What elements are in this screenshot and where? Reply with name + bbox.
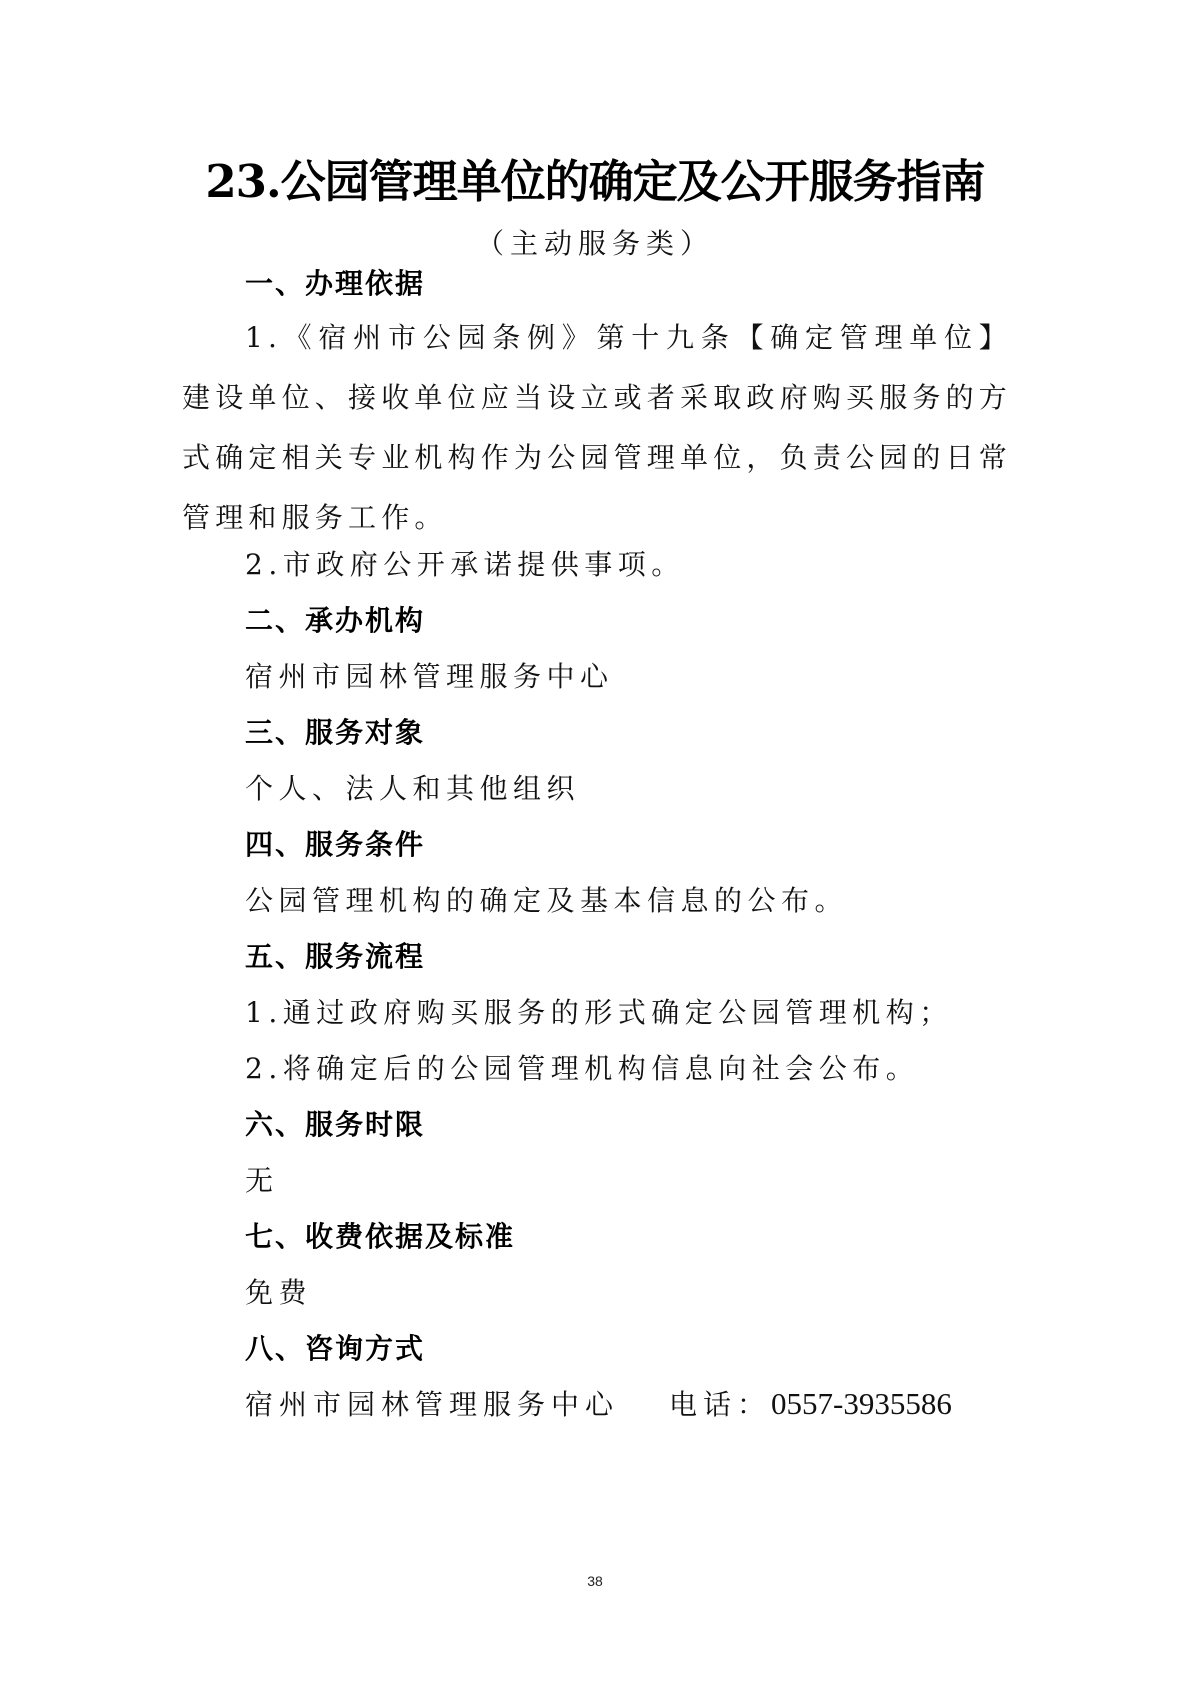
- section-heading-target: 三、服务对象: [245, 711, 425, 751]
- phone-number: 0557-3935586: [771, 1386, 952, 1421]
- document-page: 23.公园管理单位的确定及公开服务指南 （主动服务类） 一、办理依据 1.《宿州…: [0, 0, 1190, 1683]
- agency-name: 宿州市园林管理服务中心: [245, 655, 614, 695]
- time-limit-text: 无: [245, 1159, 279, 1199]
- contact-line: 宿州市园林管理服务中心电话：0557-3935586: [245, 1383, 952, 1423]
- page-number: 38: [0, 1573, 1190, 1589]
- document-subtitle: （主动服务类）: [0, 222, 1190, 262]
- section-heading-time-limit: 六、服务时限: [245, 1103, 425, 1143]
- contact-organization: 宿州市园林管理服务中心: [245, 1388, 619, 1421]
- conditions-text: 公园管理机构的确定及基本信息的公布。: [245, 879, 848, 919]
- section-heading-basis: 一、办理依据: [245, 262, 425, 302]
- basis-paragraph-2: 2.市政府公开承诺提供事项。: [245, 543, 685, 583]
- section-heading-process: 五、服务流程: [245, 935, 425, 975]
- fees-text: 免费: [245, 1271, 312, 1311]
- section-heading-conditions: 四、服务条件: [245, 823, 425, 863]
- basis-paragraph-1: 1.《宿州市公园条例》第十九条【确定管理单位】建设单位、接收单位应当设立或者采取…: [182, 308, 1012, 548]
- document-title: 23.公园管理单位的确定及公开服务指南: [0, 145, 1190, 210]
- process-step-1: 1.通过政府购买服务的形式确定公园管理机构；: [245, 991, 953, 1031]
- section-heading-fees: 七、收费依据及标准: [245, 1215, 515, 1255]
- target-text: 个人、法人和其他组织: [245, 767, 580, 807]
- section-heading-contact: 八、咨询方式: [245, 1327, 425, 1367]
- section-heading-agency: 二、承办机构: [245, 599, 425, 639]
- phone-label: 电话：: [669, 1388, 771, 1421]
- process-step-2: 2.将确定后的公园管理机构信息向社会公布。: [245, 1047, 919, 1087]
